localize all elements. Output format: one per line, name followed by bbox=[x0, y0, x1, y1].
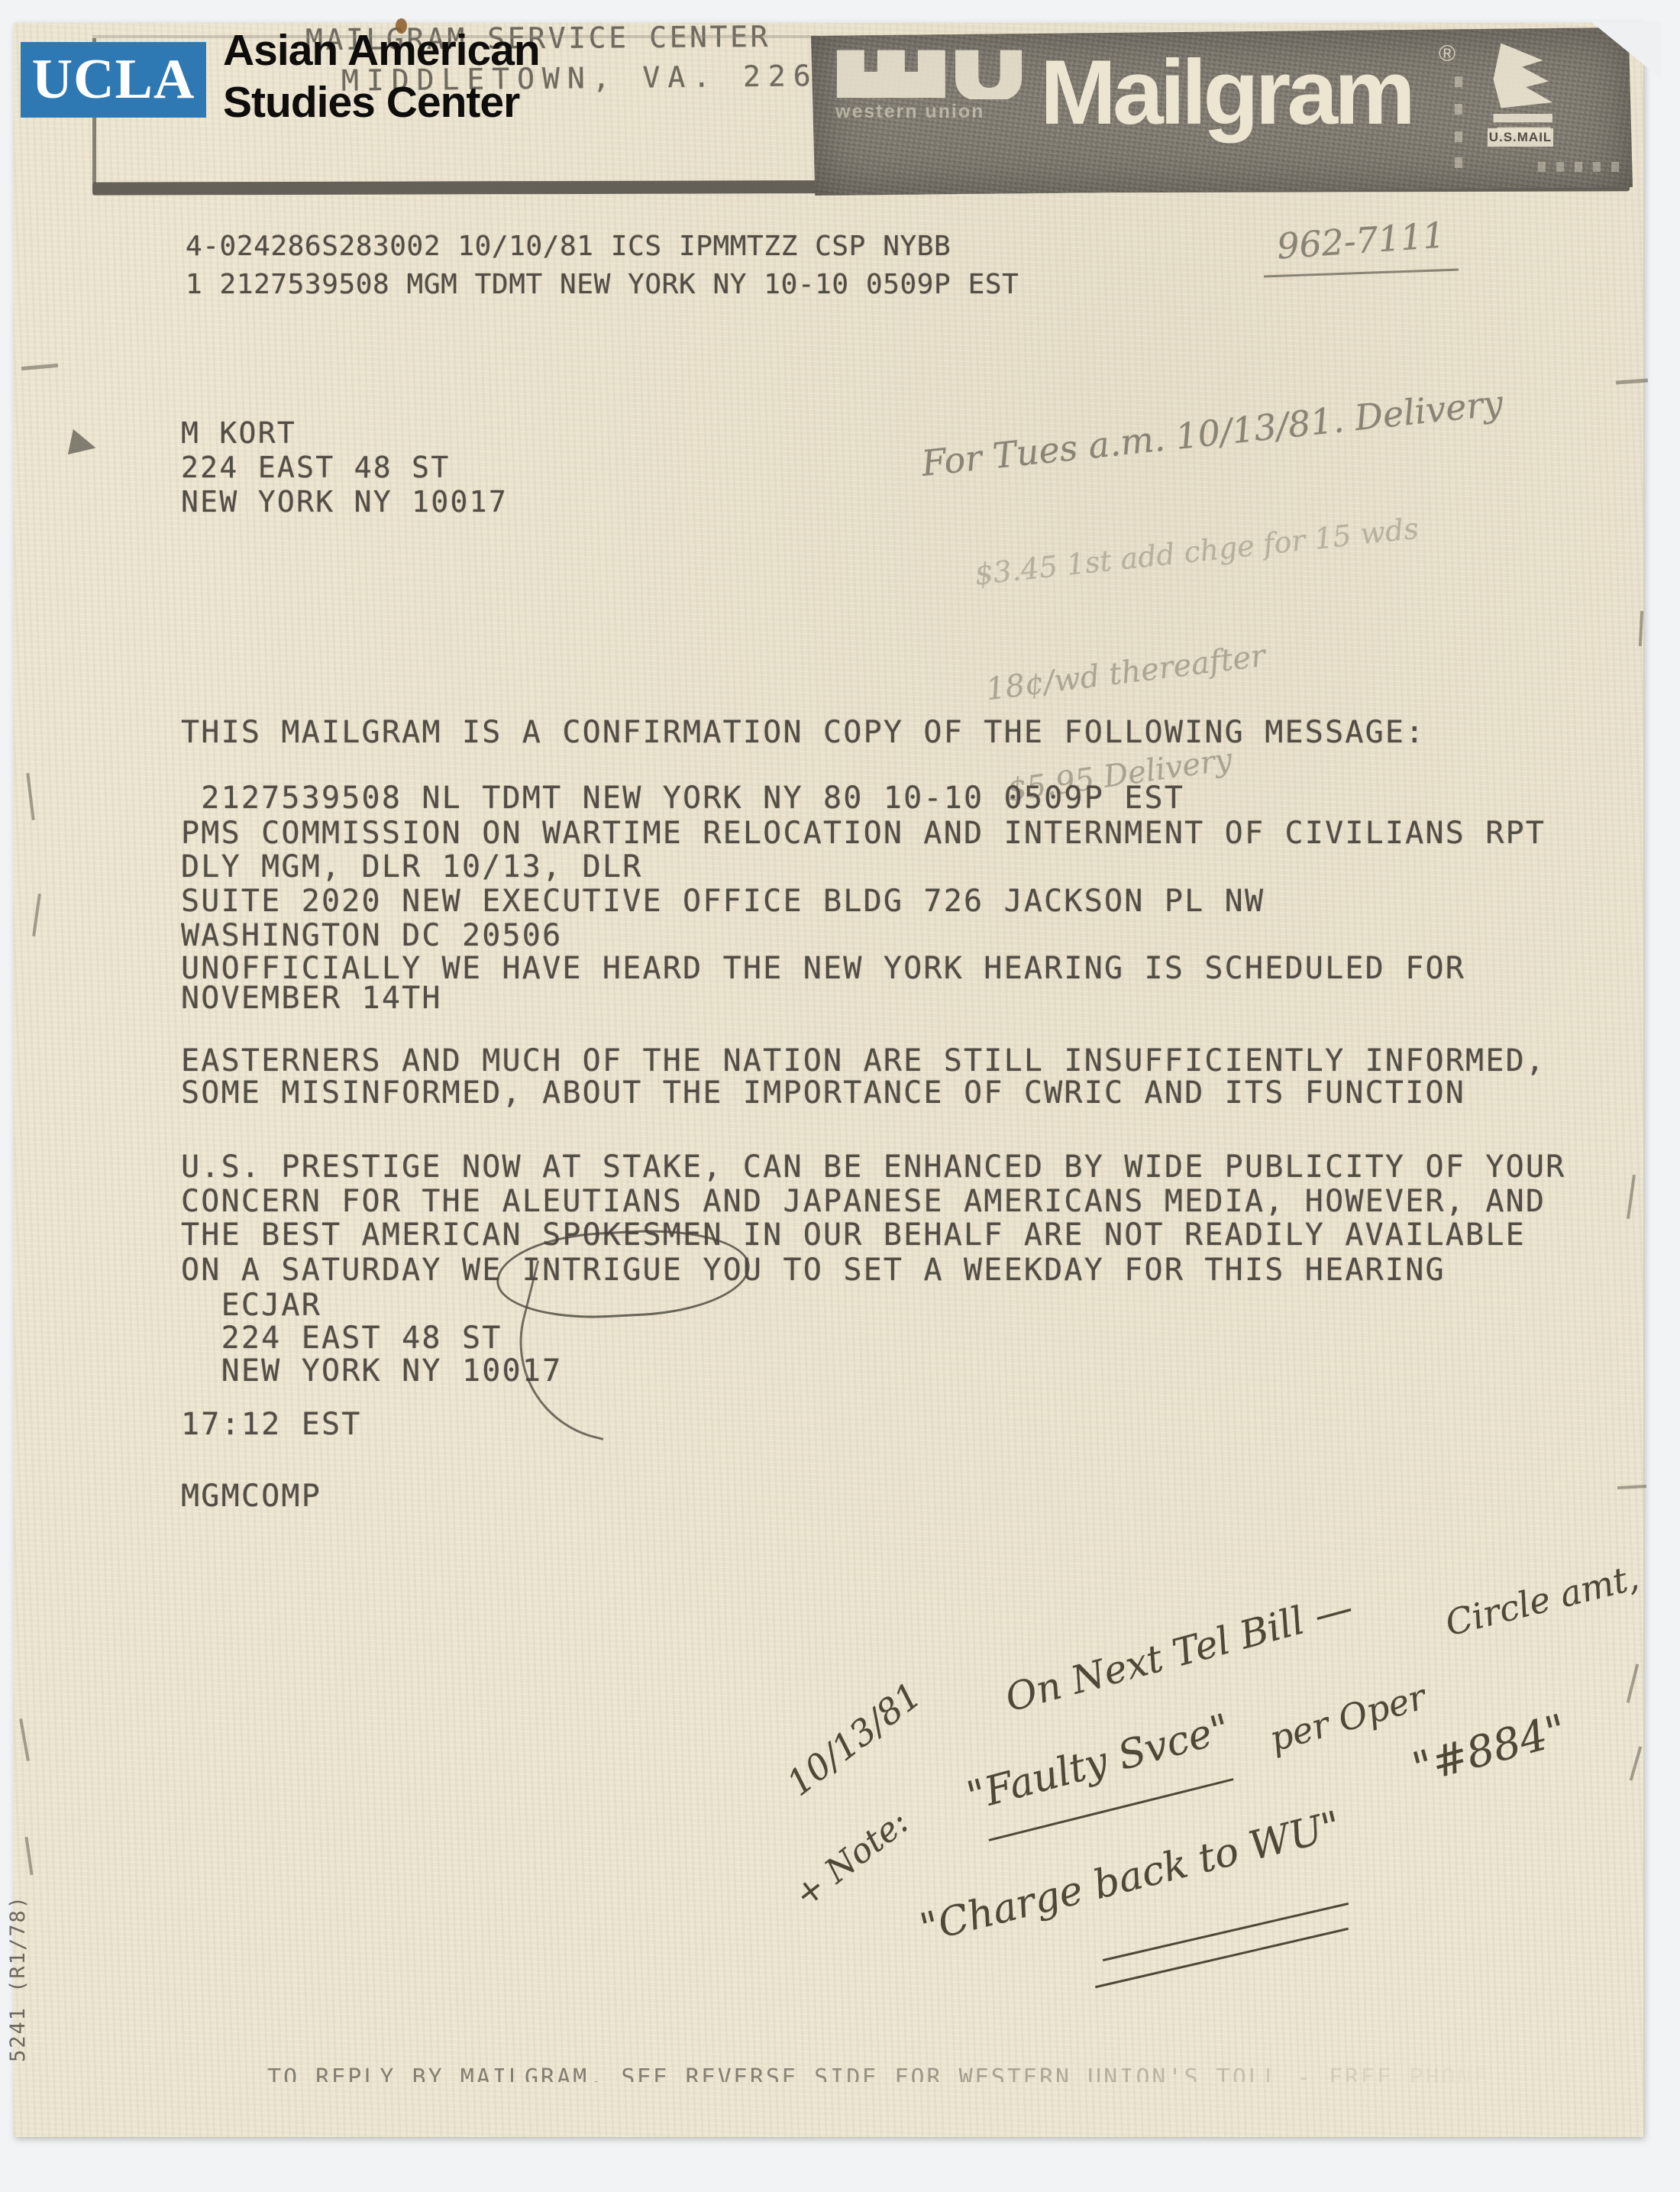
org-name-line2: Studies Center bbox=[223, 77, 519, 128]
western-union-label: western union bbox=[835, 101, 984, 123]
routing-line-1: 4-024286S283002 10/10/81 ICS IPMMTZZ CSP… bbox=[186, 231, 951, 262]
recipient-address-1: 224 EAST 48 ST bbox=[181, 451, 451, 484]
mailgram-banner: western union Mailgram ® U.S.MAIL bbox=[811, 27, 1633, 196]
recipient-arrow-icon bbox=[68, 429, 99, 460]
org-name-line1: Asian American bbox=[223, 25, 540, 76]
message-line: 2127539508 NL TDMT NEW YORK NY 80 10-10 … bbox=[181, 781, 1184, 816]
message-line: EASTERNERS AND MUCH OF THE NATION ARE ST… bbox=[181, 1043, 1546, 1078]
footer-reply-note: TO REPLY BY MAILGRAM, SEE REVERSE SIDE F… bbox=[267, 2064, 1618, 2082]
stain-dot bbox=[396, 18, 407, 34]
recipient-name: M KORT bbox=[181, 416, 296, 450]
routing-line-2: 1 2127539508 MGM TDMT NEW YORK NY 10-10 … bbox=[186, 269, 1019, 300]
message-line-circled: ON A SATURDAY WE INTRIGUE YOU TO SET A W… bbox=[181, 1253, 1446, 1288]
mailgram-wordmark: Mailgram bbox=[1040, 40, 1412, 145]
confirmation-line: THIS MAILGRAM IS A CONFIRMATION COPY OF … bbox=[181, 715, 1426, 750]
scanned-mailgram-page: MAILGRAM SERVICE CENTER MIDDLETOWN, VA. … bbox=[0, 0, 1680, 2192]
sender-address-2: NEW YORK NY 10017 bbox=[181, 1353, 562, 1389]
message-line: PMS COMMISSION ON WARTIME RELOCATION AND… bbox=[181, 816, 1546, 851]
message-line: WASHINGTON DC 20506 bbox=[181, 918, 562, 953]
message-line: CONCERN FOR THE ALEUTIANS AND JAPANESE A… bbox=[181, 1184, 1546, 1219]
sender-signature: ECJAR bbox=[181, 1288, 321, 1323]
timestamp: 17:12 EST bbox=[181, 1407, 362, 1442]
western-union-wu-icon bbox=[834, 46, 1025, 99]
message-line: U.S. PRESTIGE NOW AT STAKE, CAN BE ENHAN… bbox=[181, 1149, 1565, 1185]
circled-line-post: YOU TO SET A WEEKDAY FOR THIS HEARING bbox=[683, 1253, 1446, 1288]
usmail-label: U.S.MAIL bbox=[1488, 128, 1553, 147]
ucla-logo: UCLA bbox=[21, 42, 206, 118]
mgmcomp-line: MGMCOMP bbox=[181, 1479, 321, 1514]
message-line: NOVEMBER 14TH bbox=[181, 981, 442, 1016]
form-number: 5241 (R1/78) bbox=[6, 1864, 30, 2062]
message-line: DLY MGM, DLR 10/13, DLR bbox=[181, 849, 643, 884]
recipient-address-2: NEW YORK NY 10017 bbox=[181, 485, 508, 519]
registered-mark: ® bbox=[1439, 41, 1455, 67]
eagle-icon bbox=[1472, 41, 1564, 141]
message-line: SUITE 2020 NEW EXECUTIVE OFFICE BLDG 726… bbox=[181, 884, 1265, 919]
circled-line-pre: ON A SATURDAY WE bbox=[181, 1253, 522, 1288]
sender-address-1: 224 EAST 48 ST bbox=[181, 1321, 502, 1356]
message-line: THE BEST AMERICAN SPOKESMEN IN OUR BEHAL… bbox=[181, 1217, 1526, 1253]
message-line: SOME MISINFORMED, ABOUT THE IMPORTANCE O… bbox=[181, 1075, 1465, 1111]
ucla-logo-text: UCLA bbox=[32, 47, 195, 112]
